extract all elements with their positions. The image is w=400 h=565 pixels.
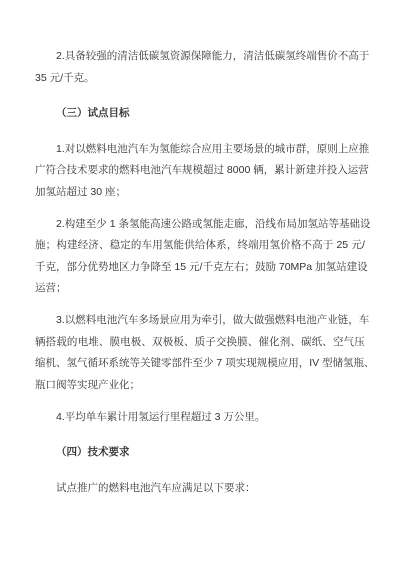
document-page: 2.具备较强的清洁低碳氢资源保障能力，清洁低碳氢终端售价不高于35 元/千克。（… [0,0,400,565]
paragraph: 2.具备较强的清洁低碳氢资源保障能力，清洁低碳氢终端售价不高于35 元/千克。 [35,46,365,89]
first-line-indent [35,139,56,161]
text-line: 瓶口阀等实现产业化； [35,375,365,397]
first-line-indent [35,310,56,332]
text-line: 2.具备较强的清洁低碳氢资源保障能力，清洁低碳氢终端售价不高于 [35,46,365,68]
paragraph: 试点推广的燃料电池汽车应满足以下要求： [35,478,365,500]
section-heading: （四）技术要求 [35,442,365,464]
text-line: （三）试点目标 [35,103,365,125]
text-line: 4.平均单车累计用氢运行里程超过 3 万公里。 [35,407,365,429]
text-line: 运营； [35,278,365,300]
text-line: （四）技术要求 [35,442,365,464]
paragraph: 1.对以燃料电池汽车为氢能综合应用主要场景的城市群，原则上应推广符合技术要求的燃… [35,139,365,204]
first-line-indent [35,214,56,236]
document-body: 2.具备较强的清洁低碳氢资源保障能力，清洁低碳氢终端售价不高于35 元/千克。（… [35,46,365,499]
text-line: 千克，部分优势地区力争降至 15 元/千克左右；鼓励 70MPa 加氢站建设 [35,257,365,279]
text-line: 辆搭载的电堆、膜电极、双极板、质子交换膜、催化剂、碳纸、空气压 [35,332,365,354]
paragraph: 2.构建至少 1 条氢能高速公路或氢能走廊，沿线布局加氢站等基础设施；构建经济、… [35,214,365,300]
text-line: 35 元/千克。 [35,68,365,90]
text-line: 3.以燃料电池汽车多场景应用为牵引，做大做强燃料电池产业链，车 [35,310,365,332]
paragraph: 3.以燃料电池汽车多场景应用为牵引，做大做强燃料电池产业链，车辆搭载的电堆、膜电… [35,310,365,396]
section-heading: （三）试点目标 [35,103,365,125]
text-line: 试点推广的燃料电池汽车应满足以下要求： [35,478,365,500]
text-line: 广符合技术要求的燃料电池汽车规模超过 8000 辆，累计新建并投入运营 [35,160,365,182]
text-line: 缩机、氢气循环系统等关键零部件至少 7 项实现规模应用，IV 型储氢瓶、 [35,353,365,375]
text-line: 2.构建至少 1 条氢能高速公路或氢能走廊，沿线布局加氢站等基础设 [35,214,365,236]
paragraph: 4.平均单车累计用氢运行里程超过 3 万公里。 [35,407,365,429]
first-line-indent [35,46,56,68]
text-line: 1.对以燃料电池汽车为氢能综合应用主要场景的城市群，原则上应推 [35,139,365,161]
text-line: 加氢站超过 30 座； [35,182,365,204]
text-line: 施；构建经济、稳定的车用氢能供给体系，终端用氢价格不高于 25 元/ [35,235,365,257]
